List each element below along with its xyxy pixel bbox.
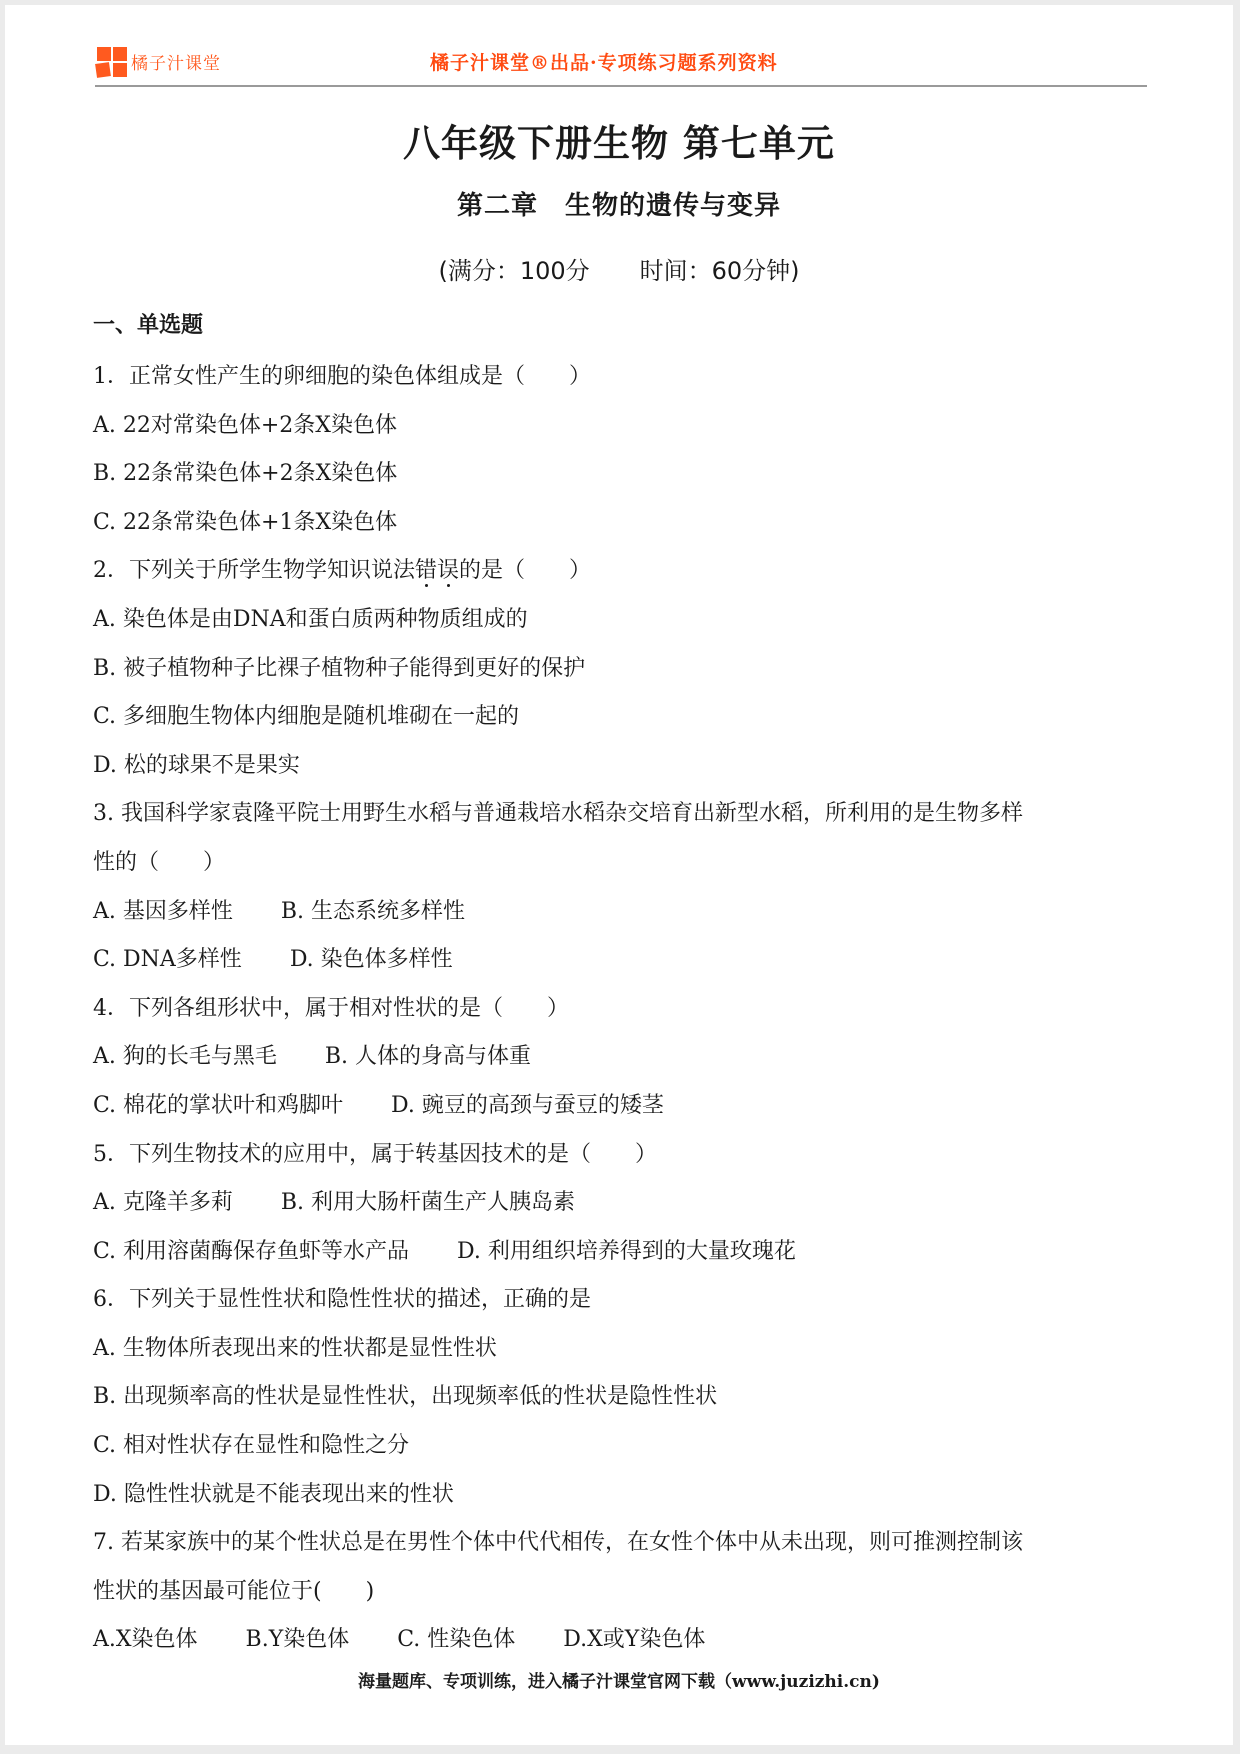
option-b[interactable]: B.Y染色体 [246,1616,350,1665]
option-row: A. 生物体所表现出来的性状都是显性性状 [93,1325,1153,1374]
option-row: C. 利用溶菌酶保存鱼虾等水产品D. 利用组织培养得到的大量玫瑰花 [93,1228,1153,1277]
full-score: (满分：100分 [438,257,589,285]
option-c[interactable]: C. 性染色体 [397,1616,515,1665]
option-row: C. 22条常染色体+1条X染色体 [93,499,1153,548]
option-c[interactable]: C. DNA多样性 [93,936,242,985]
document-page: 橘子汁课堂 橘子汁课堂®出品·专项练习题系列资料 八年级下册生物 第七单元 第二… [5,5,1233,1745]
question-stem: 2．下列关于所学生物学知识说法错误的是（ ） [93,547,1153,596]
question-3: 3. 我国科学家袁隆平院士用野生水稻与普通栽培水稻杂交培育出新型水稻，所利用的是… [93,790,1153,984]
option-row: A.X染色体B.Y染色体C. 性染色体D.X或Y染色体 [93,1616,1153,1665]
option-row: C. 相对性状存在显性和隐性之分 [93,1422,1153,1471]
brand-logo[interactable]: 橘子汁课堂 [95,45,221,77]
question-stem: 5．下列生物技术的应用中，属于转基因技术的是（ ） [93,1131,1153,1180]
question-6: 6．下列关于显性性状和隐性性状的描述，正确的是 A. 生物体所表现出来的性状都是… [93,1276,1153,1519]
option-b[interactable]: B. 人体的身高与体重 [325,1033,531,1082]
option-row: C. 多细胞生物体内细胞是随机堆砌在一起的 [93,693,1153,742]
option-d[interactable]: D.X或Y染色体 [563,1616,705,1665]
header-slogan: 橘子汁课堂®出品·专项练习题系列资料 [430,48,778,75]
orange-squares-logo-icon [95,45,127,77]
page-footer: 海量题库、专项训练，进入橘子汁课堂官网下载（www.juzizhi.cn) [5,1667,1233,1692]
section-heading: 一、单选题 [93,305,1153,353]
question-stem: 3. 我国科学家袁隆平院士用野生水稻与普通栽培水稻杂交培育出新型水稻，所利用的是… [93,790,1153,839]
option-c[interactable]: C. 22条常染色体+1条X染色体 [93,499,397,548]
header-divider [95,85,1147,87]
question-2: 2．下列关于所学生物学知识说法错误的是（ ） A. 染色体是由DNA和蛋白质两种… [93,547,1153,790]
option-b[interactable]: B. 利用大肠杆菌生产人胰岛素 [281,1179,575,1228]
question-5: 5．下列生物技术的应用中，属于转基因技术的是（ ） A. 克隆羊多莉B. 利用大… [93,1131,1153,1277]
option-c[interactable]: C. 相对性状存在显性和隐性之分 [93,1422,409,1471]
option-d[interactable]: D. 利用组织培养得到的大量玫瑰花 [457,1228,796,1277]
question-stem: 4．下列各组形状中，属于相对性状的是（ ） [93,985,1153,1034]
option-b[interactable]: B. 22条常染色体+2条X染色体 [93,450,397,499]
option-a[interactable]: A. 生物体所表现出来的性状都是显性性状 [93,1325,497,1374]
time-limit: 时间：60分钟) [640,257,800,285]
option-c[interactable]: C. 棉花的掌状叶和鸡脚叶 [93,1082,343,1131]
exam-meta: (满分：100分时间：60分钟) [5,251,1233,286]
option-row: A. 22对常染色体+2条X染色体 [93,402,1153,451]
option-c[interactable]: C. 多细胞生物体内细胞是随机堆砌在一起的 [93,693,519,742]
option-row: D. 松的球果不是果实 [93,742,1153,791]
question-list: 一、单选题 1．正常女性产生的卵细胞的染色体组成是（ ） A. 22对常染色体+… [93,305,1153,1665]
question-stem-cont: 性状的基因最可能位于( ) [93,1568,1153,1617]
option-row: C. 棉花的掌状叶和鸡脚叶D. 豌豆的高颈与蚕豆的矮茎 [93,1082,1153,1131]
option-a[interactable]: A. 克隆羊多莉 [93,1179,233,1228]
option-c[interactable]: C. 利用溶菌酶保存鱼虾等水产品 [93,1228,409,1277]
question-7: 7. 若某家族中的某个性状总是在男性个体中代代相传，在女性个体中从未出现，则可推… [93,1519,1153,1665]
option-row: B. 22条常染色体+2条X染色体 [93,450,1153,499]
question-stem: 6．下列关于显性性状和隐性性状的描述，正确的是 [93,1276,1153,1325]
option-a[interactable]: A.X染色体 [93,1616,198,1665]
option-row: B. 被子植物种子比裸子植物种子能得到更好的保护 [93,645,1153,694]
option-row: C. DNA多样性D. 染色体多样性 [93,936,1153,985]
option-a[interactable]: A. 基因多样性 [93,888,233,937]
option-row: A. 基因多样性B. 生态系统多样性 [93,888,1153,937]
option-b[interactable]: B. 生态系统多样性 [281,888,465,937]
option-row: A. 克隆羊多莉B. 利用大肠杆菌生产人胰岛素 [93,1179,1153,1228]
option-d[interactable]: D. 豌豆的高颈与蚕豆的矮茎 [391,1082,664,1131]
option-a[interactable]: A. 染色体是由DNA和蛋白质两种物质组成的 [93,596,528,645]
document-title: 八年级下册生物 第七单元 [5,113,1233,167]
option-row: B. 出现频率高的性状是显性性状，出现频率低的性状是隐性性状 [93,1373,1153,1422]
option-row: D. 隐性性状就是不能表现出来的性状 [93,1471,1153,1520]
option-row: A. 狗的长毛与黑毛B. 人体的身高与体重 [93,1033,1153,1082]
question-stem: 7. 若某家族中的某个性状总是在男性个体中代代相传，在女性个体中从未出现，则可推… [93,1519,1153,1568]
option-d[interactable]: D. 松的球果不是果实 [93,742,300,791]
emphasis-char: 误 [437,558,459,583]
option-d[interactable]: D. 染色体多样性 [290,936,453,985]
option-d[interactable]: D. 隐性性状就是不能表现出来的性状 [93,1471,454,1520]
page-header: 橘子汁课堂 橘子汁课堂®出品·专项练习题系列资料 [5,5,1233,95]
option-row: A. 染色体是由DNA和蛋白质两种物质组成的 [93,596,1153,645]
option-b[interactable]: B. 出现频率高的性状是显性性状，出现频率低的性状是隐性性状 [93,1373,717,1422]
option-a[interactable]: A. 22对常染色体+2条X染色体 [93,402,397,451]
brand-name: 橘子汁课堂 [131,49,221,74]
option-b[interactable]: B. 被子植物种子比裸子植物种子能得到更好的保护 [93,645,585,694]
option-a[interactable]: A. 狗的长毛与黑毛 [93,1033,277,1082]
question-1: 1．正常女性产生的卵细胞的染色体组成是（ ） A. 22对常染色体+2条X染色体… [93,353,1153,547]
question-4: 4．下列各组形状中，属于相对性状的是（ ） A. 狗的长毛与黑毛B. 人体的身高… [93,985,1153,1131]
question-stem: 1．正常女性产生的卵细胞的染色体组成是（ ） [93,353,1153,402]
question-stem-cont: 性的（ ） [93,839,1153,888]
chapter-title: 第二章 生物的遗传与变异 [5,185,1233,222]
emphasis-char: 错 [415,558,437,583]
